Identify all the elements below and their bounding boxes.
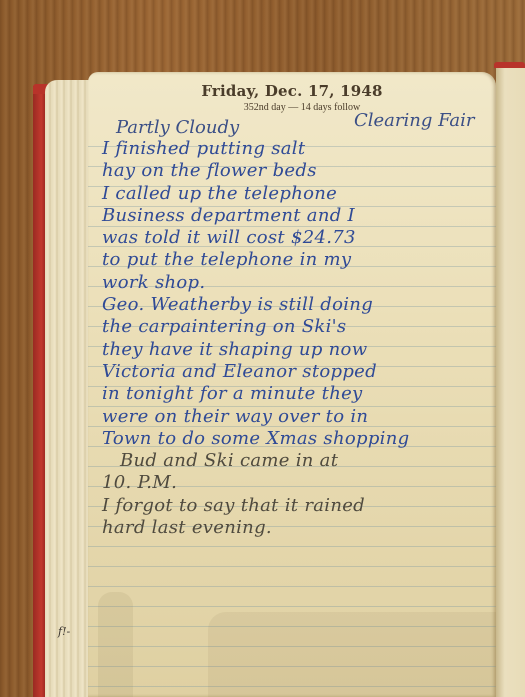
entry-line: they have it shaping up now — [102, 339, 494, 361]
facing-page — [496, 66, 525, 697]
entry-line: Bud and Ski came in at — [102, 450, 494, 472]
entry-line: the carpaintering on Ski's — [102, 316, 494, 338]
date-heading: Friday, Dec. 17, 1948 — [88, 82, 496, 100]
entry-line: work shop. — [102, 272, 494, 294]
shadow — [98, 592, 133, 697]
facing-cover-corner — [494, 62, 525, 68]
entry-line: in tonight for a minute they — [102, 383, 494, 405]
entry-line: hay on the flower beds — [102, 160, 494, 182]
margin-note: f!- — [58, 625, 70, 638]
entry-line: I finished putting salt — [102, 138, 494, 160]
handwritten-entry: I finished putting salt hay on the flowe… — [102, 138, 494, 539]
entry-line: hard last evening. — [102, 517, 494, 539]
diary-page: Friday, Dec. 17, 1948 352nd day — 14 day… — [88, 72, 496, 697]
weather-morning: Partly Cloudy — [116, 117, 239, 138]
entry-line: was told it will cost $24.73 — [102, 227, 494, 249]
entry-line: I forgot to say that it rained — [102, 495, 494, 517]
shadow — [208, 612, 496, 697]
entry-line: were on their way over to in — [102, 406, 494, 428]
entry-line: Geo. Weatherby is still doing — [102, 294, 494, 316]
page-header: Friday, Dec. 17, 1948 352nd day — 14 day… — [88, 82, 496, 113]
entry-line: to put the telephone in my — [102, 249, 494, 271]
entry-line: 10. P.M. — [102, 472, 494, 494]
page-stack-edge — [45, 80, 90, 697]
entry-line: I called up the telephone — [102, 183, 494, 205]
entry-line: Town to do some Xmas shopping — [102, 428, 494, 450]
entry-line: Business department and I — [102, 205, 494, 227]
entry-line: Victoria and Eleanor stopped — [102, 361, 494, 383]
weather-evening: Clearing Fair — [354, 110, 474, 131]
